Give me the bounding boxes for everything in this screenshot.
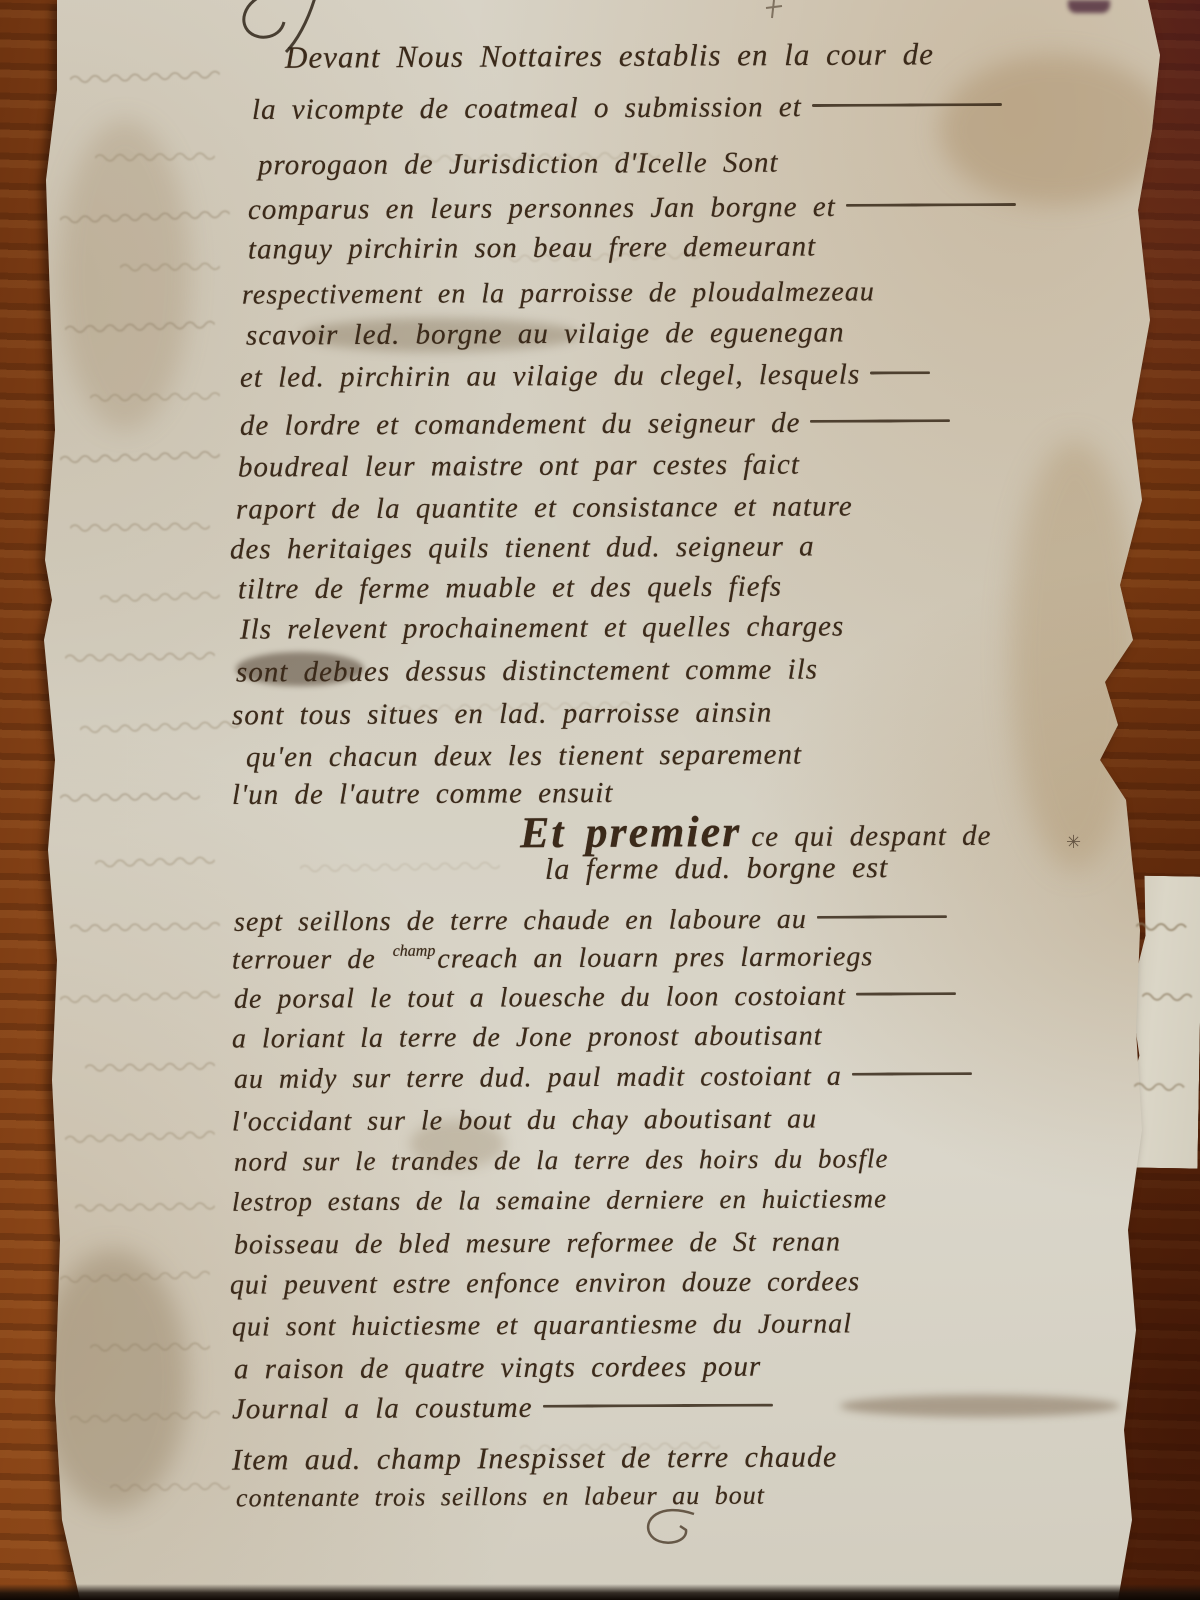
manuscript-line: tanguy pirchirin son beau frere demeuran… — [248, 231, 816, 267]
manuscript-line: raport de la quantite et consistance et … — [236, 490, 853, 526]
reference-mark: ✳ — [1066, 832, 1081, 853]
manuscript-line: boisseau de bled mesure reformee de St r… — [234, 1226, 841, 1261]
manuscript-line: la ferme dud. borgne est — [545, 851, 889, 887]
manuscript-line: qui sont huictiesme et quarantiesme du J… — [232, 1308, 852, 1343]
manuscript-line: Item aud. champ Inespisset de terre chau… — [232, 1440, 837, 1477]
manuscript-line: prorogaon de Jurisdiction d'Icelle Sont — [258, 147, 779, 183]
manuscript-line: de lordre et comandement du seigneur de — [240, 406, 951, 443]
corner-shadow — [1068, 0, 1110, 13]
manuscript-line: la vicompte de coatmeal o submission et — [252, 90, 1002, 127]
filler-dash — [856, 992, 956, 996]
cross-tick-mark — [762, 0, 786, 20]
filler-dash — [852, 1072, 972, 1076]
manuscript-line: l'occidant sur le bout du chay aboutisan… — [232, 1103, 817, 1138]
filler-dash — [543, 1404, 773, 1408]
filler-dash — [870, 371, 930, 374]
table-edge-shadow — [0, 1584, 1200, 1600]
manuscript-line: sont debues dessus distinctement comme i… — [236, 653, 818, 689]
manuscript-line: nord sur le trandes de la terre des hoir… — [234, 1143, 889, 1177]
manuscript-line: sept seillons de terre chaude en laboure… — [234, 903, 947, 939]
manuscript-line: de porsal le tout a louesche du loon cos… — [234, 980, 956, 1016]
filler-dash — [812, 103, 1002, 107]
filler-dash — [846, 203, 1016, 207]
handwriting-layer: Devant Nous Nottaires establis en la cou… — [0, 0, 1200, 1600]
manuscript-line: a loriant la terre de Jone pronost about… — [232, 1020, 823, 1055]
manuscript-line: tiltre de ferme muable et des quels fief… — [238, 571, 782, 607]
manuscript-line: sont tous situes en lad. parroisse ainsi… — [232, 697, 772, 733]
manuscript-line: qui peuvent estre enfonce environ douze … — [230, 1266, 860, 1301]
manuscript-line: Ils relevent prochainement et quelles ch… — [240, 610, 844, 646]
manuscript-line: des heritaiges quils tienent dud. seigne… — [230, 530, 815, 566]
manuscript-line: boudreal leur maistre ont par cestes fai… — [238, 449, 800, 485]
manuscript-line: lestrop estans de la semaine derniere en… — [232, 1183, 887, 1217]
manuscript-line: comparus en leurs personnes Jan borgne e… — [248, 190, 1016, 227]
manuscript-line: a raison de quatre vingts cordees pour — [234, 1351, 761, 1387]
flourish-mark — [228, 0, 338, 56]
manuscript-line: respectivement en la parroisse de plouda… — [242, 276, 875, 311]
manuscript-line: Devant Nous Nottaires establis en la cou… — [285, 36, 934, 75]
filler-dash — [817, 915, 947, 919]
manuscript-line: qu'en chacun deux les tienent separement — [246, 739, 802, 775]
manuscript-line: Journal a la coustume — [232, 1391, 773, 1427]
manuscript-line: scavoir led. borgne au vilaige de eguene… — [246, 316, 845, 352]
photo-canvas: { "document": { "kind_label": "Handwritt… — [0, 0, 1200, 1600]
manuscript-line: Et premierce qui despant de — [520, 805, 992, 858]
manuscript-line: au midy sur terre dud. paul madit costoi… — [234, 1060, 972, 1096]
manuscript-line: terrouer de champcreach an louarn pres l… — [232, 940, 873, 976]
section-heading: Et premier — [520, 807, 742, 857]
interlinear-insertion: champ — [393, 943, 436, 960]
filler-dash — [810, 419, 950, 423]
paraph-squiggle — [636, 1502, 708, 1558]
manuscript-line: et led. pirchirin au vilaige du clegel, … — [240, 358, 930, 395]
